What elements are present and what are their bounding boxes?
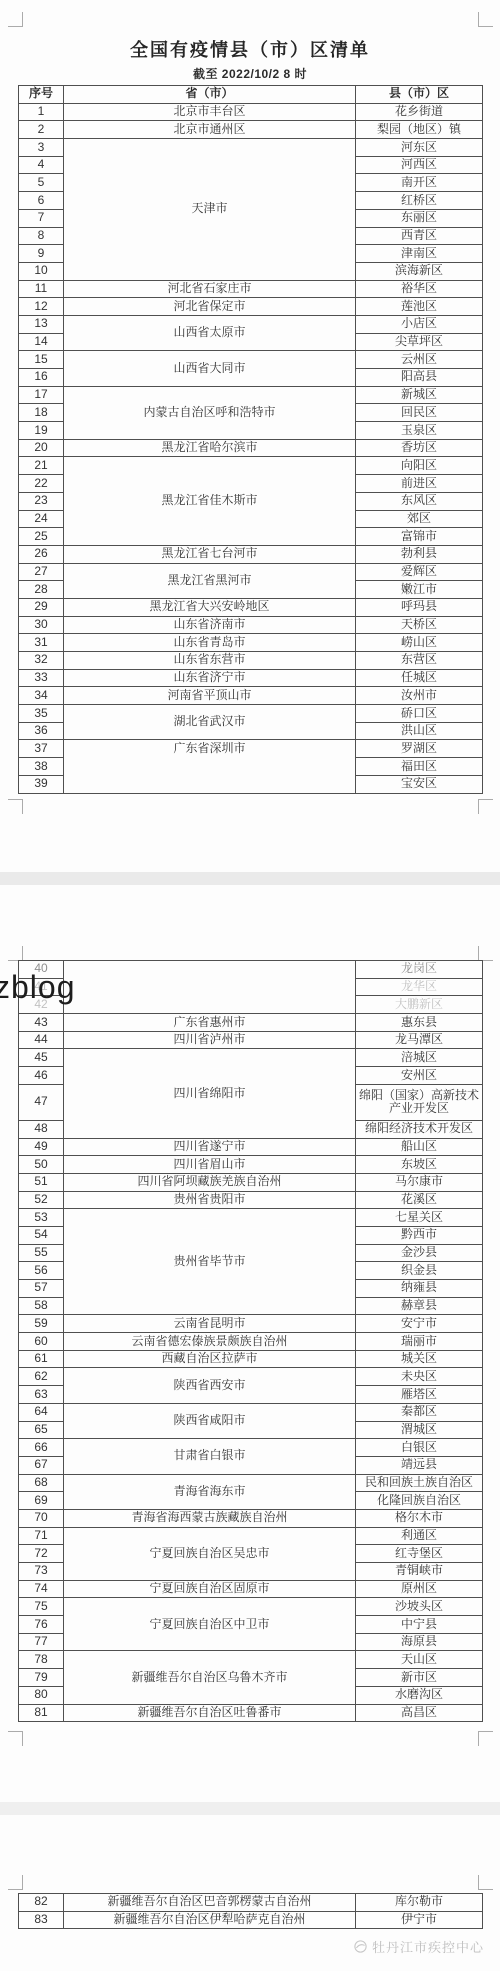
row-number-cell: 72 (19, 1545, 64, 1563)
page-separator (0, 872, 500, 885)
row-number-cell: 27 (19, 563, 64, 581)
district-cell: 莲池区 (356, 298, 483, 316)
province-cell: 湖北省武汉市 (64, 705, 356, 740)
row-number-cell: 69 (19, 1492, 64, 1510)
district-cell: 东营区 (356, 652, 483, 670)
district-cell: 赫章县 (356, 1297, 483, 1315)
row-number-cell: 35 (19, 705, 64, 723)
table-row: 45四川省绵阳市涪城区 (19, 1049, 483, 1067)
table-row: 53贵州省毕节市七星关区 (19, 1209, 483, 1227)
row-number-cell: 52 (19, 1191, 64, 1209)
district-cell: 瑞丽市 (356, 1333, 483, 1351)
row-number-cell: 37 (19, 740, 64, 758)
crop-mark-icon (478, 799, 493, 814)
district-cell: 马尔康市 (356, 1173, 483, 1191)
row-number-cell: 50 (19, 1156, 64, 1174)
table-row: 83新疆维吾尔自治区伊犁哈萨克自治州伊宁市 (19, 1911, 483, 1929)
row-number-cell: 12 (19, 298, 64, 316)
district-cell: 郊区 (356, 510, 483, 528)
district-cell: 花乡街道 (356, 103, 483, 121)
row-number-cell: 62 (19, 1368, 64, 1386)
row-number-cell: 49 (19, 1138, 64, 1156)
district-cell: 河西区 (356, 156, 483, 174)
province-cell: 山东省济南市 (64, 616, 356, 634)
row-number-cell: 3 (19, 139, 64, 157)
district-cell: 勃利县 (356, 545, 483, 563)
district-cell: 中宁县 (356, 1616, 483, 1634)
province-cell: 黑龙江省大兴安岭地区 (64, 598, 356, 616)
row-number-cell: 56 (19, 1262, 64, 1280)
row-number-cell: 65 (19, 1421, 64, 1439)
row-number-cell: 25 (19, 528, 64, 546)
row-number-cell: 59 (19, 1315, 64, 1333)
district-cell: 化隆回族自治区 (356, 1492, 483, 1510)
row-number-cell: 26 (19, 545, 64, 563)
row-number-cell: 53 (19, 1209, 64, 1227)
province-cell (64, 961, 356, 1014)
district-cell: 罗湖区 (356, 740, 483, 758)
province-cell: 四川省绵阳市 (64, 1049, 356, 1138)
district-cell: 新市区 (356, 1669, 483, 1687)
district-cell: 涪城区 (356, 1049, 483, 1067)
table-row: 50四川省眉山市东坡区 (19, 1156, 483, 1174)
province-cell: 内蒙古自治区呼和浩特市 (64, 386, 356, 439)
district-cell: 前进区 (356, 475, 483, 493)
district-cell: 花溪区 (356, 1191, 483, 1209)
row-number-cell: 22 (19, 475, 64, 493)
row-number-cell: 33 (19, 669, 64, 687)
district-cell: 滨海新区 (356, 262, 483, 280)
province-cell: 西藏自治区拉萨市 (64, 1350, 356, 1368)
district-cell: 沙坡头区 (356, 1598, 483, 1616)
row-number-cell: 63 (19, 1386, 64, 1404)
crop-mark-icon (478, 12, 493, 27)
district-cell: 伊宁市 (356, 1911, 483, 1929)
province-cell: 山西省太原市 (64, 315, 356, 350)
district-cell: 富锦市 (356, 528, 483, 546)
table-row: 40龙岗区 (19, 961, 483, 979)
province-cell: 黑龙江省七台河市 (64, 545, 356, 563)
province-cell: 广东省深圳市 (64, 740, 356, 793)
row-number-cell: 61 (19, 1350, 64, 1368)
province-cell: 云南省昆明市 (64, 1315, 356, 1333)
district-cell: 天桥区 (356, 616, 483, 634)
crop-mark-icon (8, 946, 23, 961)
row-number-cell: 38 (19, 758, 64, 776)
district-cell: 回民区 (356, 404, 483, 422)
district-cell: 西青区 (356, 227, 483, 245)
row-number-cell: 4 (19, 156, 64, 174)
district-cell: 南开区 (356, 174, 483, 192)
row-number-cell: 70 (19, 1509, 64, 1527)
table-row: 59云南省昆明市安宁市 (19, 1315, 483, 1333)
row-number-cell: 20 (19, 439, 64, 457)
district-cell: 向阳区 (356, 457, 483, 475)
crop-mark-icon (478, 1731, 493, 1746)
table-row: 12河北省保定市莲池区 (19, 298, 483, 316)
table-row: 61西藏自治区拉萨市城关区 (19, 1350, 483, 1368)
district-cell: 东坡区 (356, 1156, 483, 1174)
table-row: 62陕西省西安市未央区 (19, 1368, 483, 1386)
row-number-cell: 2 (19, 121, 64, 139)
row-number-cell: 32 (19, 652, 64, 670)
row-number-cell: 79 (19, 1669, 64, 1687)
table-row: 31山东省青岛市崂山区 (19, 634, 483, 652)
table-row: 68青海省海东市民和回族土族自治区 (19, 1474, 483, 1492)
table-row: 78新疆维吾尔自治区乌鲁木齐市天山区 (19, 1651, 483, 1669)
table-row: 37广东省深圳市罗湖区 (19, 740, 483, 758)
district-cell: 洪山区 (356, 722, 483, 740)
district-cell: 天山区 (356, 1651, 483, 1669)
table-row: 35湖北省武汉市硚口区 (19, 705, 483, 723)
table-row: 49四川省遂宁市船山区 (19, 1138, 483, 1156)
province-cell: 北京市丰台区 (64, 103, 356, 121)
table-row: 13山西省太原市小店区 (19, 315, 483, 333)
district-cell: 爱辉区 (356, 563, 483, 581)
row-number-cell: 64 (19, 1403, 64, 1421)
province-cell: 甘肃省白银市 (64, 1439, 356, 1474)
row-number-cell: 77 (19, 1633, 64, 1651)
district-cell: 民和回族土族自治区 (356, 1474, 483, 1492)
row-number-cell: 11 (19, 280, 64, 298)
province-cell: 北京市通州区 (64, 121, 356, 139)
district-cell: 玉泉区 (356, 422, 483, 440)
district-cell: 小店区 (356, 315, 483, 333)
province-cell: 河北省石家庄市 (64, 280, 356, 298)
province-cell: 天津市 (64, 139, 356, 281)
cdc-logo-icon (353, 1939, 368, 1954)
district-cell: 梨园（地区）镇 (356, 121, 483, 139)
row-number-cell: 29 (19, 598, 64, 616)
table-row: 1北京市丰台区花乡街道 (19, 103, 483, 121)
row-number-cell: 46 (19, 1067, 64, 1085)
row-number-cell: 54 (19, 1226, 64, 1244)
district-cell: 原州区 (356, 1580, 483, 1598)
row-number-cell: 28 (19, 581, 64, 599)
province-cell: 四川省遂宁市 (64, 1138, 356, 1156)
district-cell: 纳雍县 (356, 1280, 483, 1298)
row-number-cell: 71 (19, 1527, 64, 1545)
district-cell: 红桥区 (356, 192, 483, 210)
zblog-watermark: zblog (0, 969, 76, 1006)
district-cell: 未央区 (356, 1368, 483, 1386)
district-cell: 织金县 (356, 1262, 483, 1280)
row-number-cell: 55 (19, 1244, 64, 1262)
row-number-cell: 81 (19, 1704, 64, 1722)
district-cell: 汝州市 (356, 687, 483, 705)
district-cell: 宝安区 (356, 775, 483, 793)
row-number-cell: 78 (19, 1651, 64, 1669)
district-cell: 云州区 (356, 351, 483, 369)
district-cell: 呼玛县 (356, 598, 483, 616)
row-number-cell: 10 (19, 262, 64, 280)
district-cell: 大鹏新区 (356, 996, 483, 1014)
page-separator (0, 1802, 500, 1815)
row-number-cell: 80 (19, 1686, 64, 1704)
province-cell: 青海省海东市 (64, 1474, 356, 1509)
province-cell: 青海省海西蒙古族藏族自治州 (64, 1509, 356, 1527)
row-number-cell: 75 (19, 1598, 64, 1616)
row-number-cell: 60 (19, 1333, 64, 1351)
district-cell: 金沙县 (356, 1244, 483, 1262)
row-number-cell: 24 (19, 510, 64, 528)
table-row: 64陕西省咸阳市秦都区 (19, 1403, 483, 1421)
province-cell: 云南省德宏傣族景颇族自治州 (64, 1333, 356, 1351)
table-row: 44四川省泸州市龙马潭区 (19, 1031, 483, 1049)
table-row: 43广东省惠州市惠东县 (19, 1014, 483, 1032)
district-cell: 崂山区 (356, 634, 483, 652)
row-number-cell: 23 (19, 492, 64, 510)
row-number-cell: 73 (19, 1563, 64, 1581)
epidemic-table-page-2: 40龙岗区41龙华区42大鹏新区43广东省惠州市惠东县44四川省泸州市龙马潭区4… (18, 960, 483, 1722)
province-cell: 四川省眉山市 (64, 1156, 356, 1174)
row-number-cell: 67 (19, 1456, 64, 1474)
row-number-cell: 47 (19, 1084, 64, 1120)
table-row: 20黑龙江省哈尔滨市香坊区 (19, 439, 483, 457)
crop-mark-icon (8, 12, 23, 27)
row-number-cell: 16 (19, 369, 64, 387)
province-cell: 山西省大同市 (64, 351, 356, 386)
table-row: 51四川省阿坝藏族羌族自治州马尔康市 (19, 1173, 483, 1191)
district-cell: 龙岗区 (356, 961, 483, 979)
as-of-timestamp: 截至 2022/10/2 8 时 (0, 65, 500, 82)
district-cell: 青铜峡市 (356, 1563, 483, 1581)
row-number-cell: 68 (19, 1474, 64, 1492)
district-cell: 新城区 (356, 386, 483, 404)
column-header-no: 序号 (19, 86, 64, 104)
row-number-cell: 15 (19, 351, 64, 369)
district-cell: 白银区 (356, 1439, 483, 1457)
row-number-cell: 30 (19, 616, 64, 634)
district-cell: 秦都区 (356, 1403, 483, 1421)
epidemic-table-page-3: 82新疆维吾尔自治区巴音郭楞蒙古自治州库尔勒市83新疆维吾尔自治区伊犁哈萨克自治… (18, 1893, 483, 1929)
table-row: 74宁夏回族自治区固原市原州区 (19, 1580, 483, 1598)
table-row: 60云南省德宏傣族景颇族自治州瑞丽市 (19, 1333, 483, 1351)
province-cell: 新疆维吾尔自治区伊犁哈萨克自治州 (64, 1911, 356, 1929)
table-row: 15山西省大同市云州区 (19, 351, 483, 369)
district-cell: 惠东县 (356, 1014, 483, 1032)
district-cell: 绵阳经济技术开发区 (356, 1120, 483, 1138)
table-row: 32山东省东营市东营区 (19, 652, 483, 670)
district-cell: 嫩江市 (356, 581, 483, 599)
row-number-cell: 17 (19, 386, 64, 404)
row-number-cell: 82 (19, 1894, 64, 1912)
row-number-cell: 44 (19, 1031, 64, 1049)
row-number-cell: 66 (19, 1439, 64, 1457)
district-cell: 硚口区 (356, 705, 483, 723)
table-header-row: 序号 省（市） 县（市）区 (19, 86, 483, 104)
district-cell: 阳高县 (356, 369, 483, 387)
province-cell: 河南省平顶山市 (64, 687, 356, 705)
table-row: 33山东省济宁市任城区 (19, 669, 483, 687)
province-cell: 山东省东营市 (64, 652, 356, 670)
row-number-cell: 14 (19, 333, 64, 351)
row-number-cell: 34 (19, 687, 64, 705)
row-number-cell: 21 (19, 457, 64, 475)
district-cell: 东风区 (356, 492, 483, 510)
district-cell: 绵阳（国家）高新技术产业开发区 (356, 1084, 483, 1120)
table-row: 66甘肃省白银市白银区 (19, 1439, 483, 1457)
district-cell: 船山区 (356, 1138, 483, 1156)
district-cell: 海原县 (356, 1633, 483, 1651)
province-cell: 河北省保定市 (64, 298, 356, 316)
cdc-watermark: 牡丹江市疾控中心 (353, 1937, 484, 1956)
province-cell: 黑龙江省黑河市 (64, 563, 356, 598)
crop-mark-icon (8, 1731, 23, 1746)
province-cell: 贵州省毕节市 (64, 1209, 356, 1315)
row-number-cell: 7 (19, 209, 64, 227)
document-page-3: 82新疆维吾尔自治区巴音郭楞蒙古自治州库尔勒市83新疆维吾尔自治区伊犁哈萨克自治… (0, 1815, 500, 1971)
province-cell: 新疆维吾尔自治区巴音郭楞蒙古自治州 (64, 1894, 356, 1912)
district-cell: 靖远县 (356, 1456, 483, 1474)
district-cell: 雁塔区 (356, 1386, 483, 1404)
table-row: 2北京市通州区梨园（地区）镇 (19, 121, 483, 139)
province-cell: 黑龙江省哈尔滨市 (64, 439, 356, 457)
crop-mark-icon (8, 1875, 23, 1890)
district-cell: 津南区 (356, 245, 483, 263)
province-cell: 新疆维吾尔自治区吐鲁番市 (64, 1704, 356, 1722)
crop-mark-icon (478, 1875, 493, 1890)
row-number-cell: 74 (19, 1580, 64, 1598)
district-cell: 渭城区 (356, 1421, 483, 1439)
row-number-cell: 45 (19, 1049, 64, 1067)
province-cell: 贵州省贵阳市 (64, 1191, 356, 1209)
row-number-cell: 1 (19, 103, 64, 121)
row-number-cell: 57 (19, 1280, 64, 1298)
table-row: 75宁夏回族自治区中卫市沙坡头区 (19, 1598, 483, 1616)
district-cell: 河东区 (356, 139, 483, 157)
row-number-cell: 43 (19, 1014, 64, 1032)
table-row: 34河南省平顶山市汝州市 (19, 687, 483, 705)
table-row: 21黑龙江省佳木斯市向阳区 (19, 457, 483, 475)
row-number-cell: 76 (19, 1616, 64, 1634)
table-row: 71宁夏回族自治区吴忠市利通区 (19, 1527, 483, 1545)
table-row: 27黑龙江省黑河市爱辉区 (19, 563, 483, 581)
district-cell: 任城区 (356, 669, 483, 687)
district-cell: 利通区 (356, 1527, 483, 1545)
row-number-cell: 6 (19, 192, 64, 210)
row-number-cell: 51 (19, 1173, 64, 1191)
district-cell: 格尔木市 (356, 1509, 483, 1527)
table-row: 17内蒙古自治区呼和浩特市新城区 (19, 386, 483, 404)
row-number-cell: 9 (19, 245, 64, 263)
row-number-cell: 5 (19, 174, 64, 192)
province-cell: 陕西省咸阳市 (64, 1403, 356, 1438)
district-cell: 东丽区 (356, 209, 483, 227)
province-cell: 宁夏回族自治区固原市 (64, 1580, 356, 1598)
district-cell: 尖草坪区 (356, 333, 483, 351)
document-page-1: 全国有疫情县（市）区清单 截至 2022/10/2 8 时 序号 省（市） 县（… (0, 0, 500, 872)
row-number-cell: 8 (19, 227, 64, 245)
crop-mark-icon (8, 799, 23, 814)
table-row: 30山东省济南市天桥区 (19, 616, 483, 634)
row-number-cell: 19 (19, 422, 64, 440)
province-cell: 陕西省西安市 (64, 1368, 356, 1403)
row-number-cell: 36 (19, 722, 64, 740)
district-cell: 库尔勒市 (356, 1894, 483, 1912)
province-cell: 黑龙江省佳木斯市 (64, 457, 356, 545)
row-number-cell: 83 (19, 1911, 64, 1929)
column-header-province: 省（市） (64, 86, 356, 104)
province-cell: 广东省惠州市 (64, 1014, 356, 1032)
district-cell: 香坊区 (356, 439, 483, 457)
row-number-cell: 31 (19, 634, 64, 652)
district-cell: 龙华区 (356, 978, 483, 996)
district-cell: 红寺堡区 (356, 1545, 483, 1563)
district-cell: 安宁市 (356, 1315, 483, 1333)
page-title: 全国有疫情县（市）区清单 (0, 36, 500, 62)
row-number-cell: 48 (19, 1120, 64, 1138)
crop-mark-icon (478, 946, 493, 961)
province-cell: 宁夏回族自治区中卫市 (64, 1598, 356, 1651)
table-row: 52贵州省贵阳市花溪区 (19, 1191, 483, 1209)
province-cell: 四川省阿坝藏族羌族自治州 (64, 1173, 356, 1191)
row-number-cell: 58 (19, 1297, 64, 1315)
row-number-cell: 13 (19, 315, 64, 333)
table-row: 82新疆维吾尔自治区巴音郭楞蒙古自治州库尔勒市 (19, 1894, 483, 1912)
document-page-2: 40龙岗区41龙华区42大鹏新区43广东省惠州市惠东县44四川省泸州市龙马潭区4… (0, 885, 500, 1802)
table-row: 26黑龙江省七台河市勃利县 (19, 545, 483, 563)
column-header-district: 县（市）区 (356, 86, 483, 104)
province-cell: 山东省济宁市 (64, 669, 356, 687)
district-cell: 黔西市 (356, 1226, 483, 1244)
district-cell: 裕华区 (356, 280, 483, 298)
epidemic-table-page-1: 序号 省（市） 县（市）区 1北京市丰台区花乡街道2北京市通州区梨园（地区）镇3… (18, 85, 483, 794)
province-cell: 山东省青岛市 (64, 634, 356, 652)
cdc-watermark-label: 牡丹江市疾控中心 (372, 1937, 484, 1956)
table-row: 29黑龙江省大兴安岭地区呼玛县 (19, 598, 483, 616)
district-cell: 水磨沟区 (356, 1686, 483, 1704)
table-row: 70青海省海西蒙古族藏族自治州格尔木市 (19, 1509, 483, 1527)
table-row: 81新疆维吾尔自治区吐鲁番市高昌区 (19, 1704, 483, 1722)
district-cell: 龙马潭区 (356, 1031, 483, 1049)
province-cell: 新疆维吾尔自治区乌鲁木齐市 (64, 1651, 356, 1704)
district-cell: 高昌区 (356, 1704, 483, 1722)
row-number-cell: 39 (19, 775, 64, 793)
district-cell: 福田区 (356, 758, 483, 776)
province-cell: 宁夏回族自治区吴忠市 (64, 1527, 356, 1580)
table-row: 3天津市河东区 (19, 139, 483, 157)
province-cell: 四川省泸州市 (64, 1031, 356, 1049)
table-row: 11河北省石家庄市裕华区 (19, 280, 483, 298)
row-number-cell: 18 (19, 404, 64, 422)
district-cell: 城关区 (356, 1350, 483, 1368)
district-cell: 七星关区 (356, 1209, 483, 1227)
district-cell: 安州区 (356, 1067, 483, 1085)
